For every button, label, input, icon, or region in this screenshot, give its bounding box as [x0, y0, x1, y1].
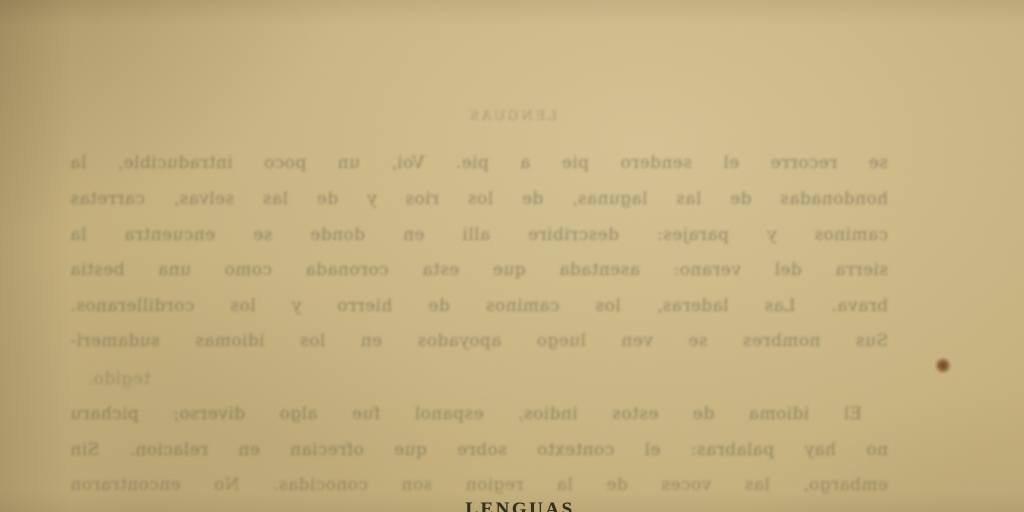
bleedthrough-line: sierra del verano: asentada que esta cor… [70, 259, 888, 281]
bleedthrough-line: se recorre el sendero pie a pie. Voi, un… [70, 152, 888, 174]
bleedthrough-line: El idioma de estos indios, espanol fue a… [70, 403, 888, 425]
bleedthrough-line: embargo, las voces de la region son cono… [70, 474, 888, 496]
bleedthrough-line: hondonadas de las lagunas, de los rios y… [70, 188, 888, 210]
bleedthrough-running-head: LENGUAS [0, 106, 1024, 128]
page-heading: LENGUAS [8, 500, 1024, 512]
book-page-scan: LENGUAS se recorre el sendero pie a pie.… [0, 0, 1024, 512]
bleedthrough-line-short: tegido. [70, 368, 150, 390]
bleedthrough-line: no hay palabras: el contexto sobre que o… [70, 439, 888, 461]
bleedthrough-line: Sus nombres se ven luego apoyados en los… [70, 330, 888, 352]
paper-grain-texture [0, 0, 1024, 512]
ink-stain [934, 357, 952, 374]
bleedthrough-line: caminos y parajes: describire alli en do… [70, 224, 888, 246]
bleedthrough-line: brava. Las laderas, los caminos de hierr… [70, 295, 888, 317]
